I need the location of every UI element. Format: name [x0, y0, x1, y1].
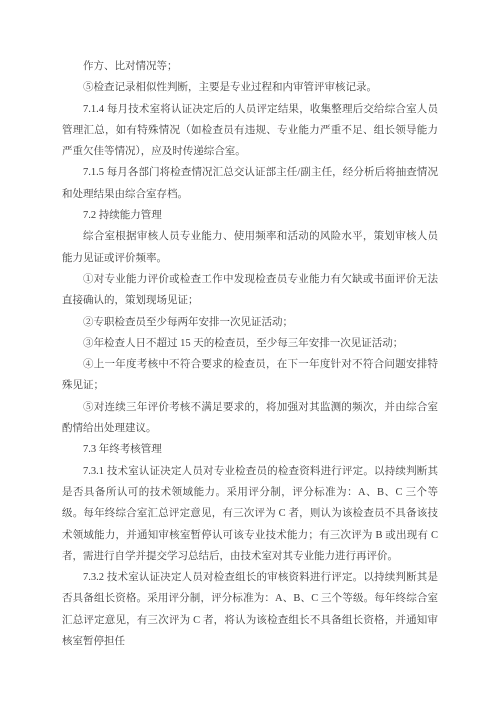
paragraph-clause-7-1-5: 7.1.5 每月各部门将检查情况汇总交认证部主任/副主任，经分析后将抽查情况和处…	[62, 162, 438, 205]
document-page: 作方、比对情况等； ⑤检查记录相似性判断，主要是专业过程和内审管评审核记录。 7…	[0, 0, 500, 707]
paragraph-clause-7-3-2: 7.3.2 技术室认证决定人员对检查组长的审核资料进行评定。以持续判断其是否具备…	[62, 567, 438, 652]
list-item-1-onsite-witness: ①对专业能力评价或检查工作中发现检查员专业能力有欠缺或书面评价无法直接确认的，策…	[62, 269, 438, 312]
list-item-5-three-year-monitoring: ⑤对连续三年评价考核不满足要求的，将加强对其监测的频次，并由综合室酌情给出处理建…	[62, 397, 438, 440]
paragraph-clause-7-1-4: 7.1.4 每月技术室将认证决定后的人员评定结果，收集整理后交给综合室人员管理汇…	[62, 99, 438, 163]
section-heading-7-3: 7.3 年终考核管理	[62, 439, 438, 460]
list-item-2-fulltime-inspector: ②专职检查员至少每两年安排一次见证活动；	[62, 312, 438, 333]
paragraph-continuation-fragment: 作方、比对情况等；	[62, 56, 438, 77]
document-text-block: 作方、比对情况等； ⑤检查记录相似性判断，主要是专业过程和内审管评审核记录。 7…	[62, 56, 438, 652]
list-item-5-record-similarity: ⑤检查记录相似性判断，主要是专业过程和内审管评审核记录。	[62, 77, 438, 98]
paragraph-competency-planning: 综合室根据审核人员专业能力、使用频率和活动的风险水平，策划审核人员能力见证或评价…	[62, 226, 438, 269]
list-item-3-under-15-days: ③年检查人日不超过 15 天的检查员，至少每三年安排一次见证活动；	[62, 333, 438, 354]
section-heading-7-2: 7.2 持续能力管理	[62, 205, 438, 226]
paragraph-clause-7-3-1: 7.3.1 技术室认证决定人员对专业检查员的检查资料进行评定。以持续判断其是否具…	[62, 461, 438, 567]
list-item-4-special-witness: ④上一年度考核中不符合要求的检查员，在下一年度针对不符合问题安排特殊见证；	[62, 354, 438, 397]
